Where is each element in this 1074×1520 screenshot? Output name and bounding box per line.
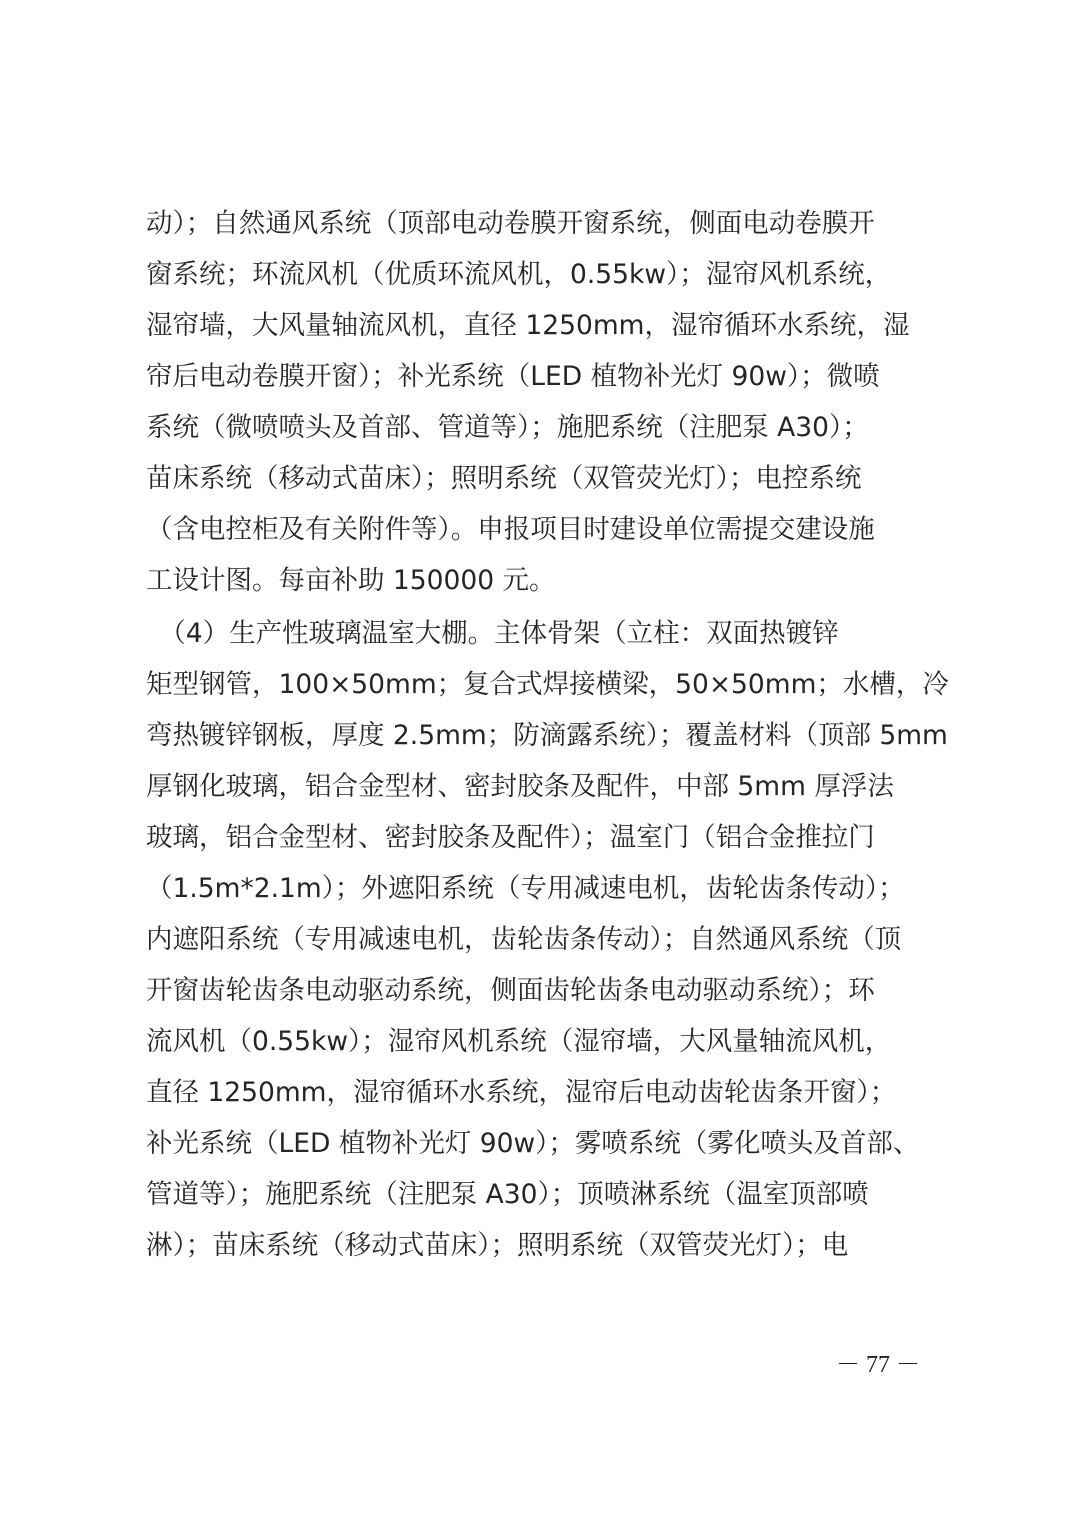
- text-line: 弯热镀锌钢板，厚度 2.5mm；防滴露系统）；覆盖材料（顶部 5mm: [146, 710, 948, 762]
- text-line: 苗床系统（移动式苗床）；照明系统（双管荧光灯）；电控系统: [146, 453, 862, 505]
- text-line: 动）；自然通风系统（顶部电动卷膜开窗系统，侧面电动卷膜开: [146, 198, 875, 250]
- text-line: （1.5m*2.1m）；外遮阳系统（专用减速电机，齿轮齿条传动）；: [146, 863, 905, 915]
- text-line: 开窗齿轮齿条电动驱动系统，侧面齿轮齿条电动驱动系统）；环: [146, 965, 875, 1017]
- text-line: 窗系统；环流风机（优质环流风机，0.55kw）；湿帘风机系统，: [146, 249, 891, 301]
- paragraph-heading-line: （4）生产性玻璃温室大棚。主体骨架（立柱：双面热镀锌: [146, 608, 839, 660]
- page-number: － 77 －: [836, 1350, 920, 1380]
- text-line: 补光系统（LED 植物补光灯 90w）；雾喷系统（雾化喷头及首部、: [146, 1118, 919, 1170]
- text-line: 内遮阳系统（专用减速电机，齿轮齿条传动）；自然通风系统（顶: [146, 914, 901, 966]
- text-line: 湿帘墙，大风量轴流风机，直径 1250mm，湿帘循环水系统，湿: [146, 300, 910, 352]
- text-line: 系统（微喷喷头及首部、管道等）；施肥系统（注肥泵 A30）；: [146, 402, 869, 454]
- text-line: 工设计图。每亩补助 150000 元。: [146, 555, 556, 607]
- text-line: 流风机（0.55kw）；湿帘风机系统（湿帘墙，大风量轴流风机，: [146, 1016, 891, 1068]
- text-line: 淋）；苗床系统（移动式苗床）；照明系统（双管荧光灯）；电: [146, 1220, 848, 1272]
- text-line: 矩型钢管，100×50mm；复合式焊接横梁，50×50mm；水槽，冷: [146, 659, 949, 711]
- text-line: 帘后电动卷膜开窗）；补光系统（LED 植物补光灯 90w）；微喷: [146, 351, 880, 403]
- text-line: 直径 1250mm，湿帘循环水系统，湿帘后电动齿轮齿条开窗）；: [146, 1067, 896, 1119]
- text-line: （含电控柜及有关附件等）。申报项目时建设单位需提交建设施: [146, 504, 875, 556]
- text-line: 管道等）；施肥系统（注肥泵 A30）；顶喷淋系统（温室顶部喷: [146, 1169, 869, 1221]
- text-line: 玻璃，铝合金型材、密封胶条及配件）；温室门（铝合金推拉门: [146, 812, 875, 864]
- document-page: 动）；自然通风系统（顶部电动卷膜开窗系统，侧面电动卷膜开 窗系统；环流风机（优质…: [0, 0, 1074, 1520]
- text-line: 厚钢化玻璃，铝合金型材、密封胶条及配件，中部 5mm 厚浮法: [146, 761, 894, 813]
